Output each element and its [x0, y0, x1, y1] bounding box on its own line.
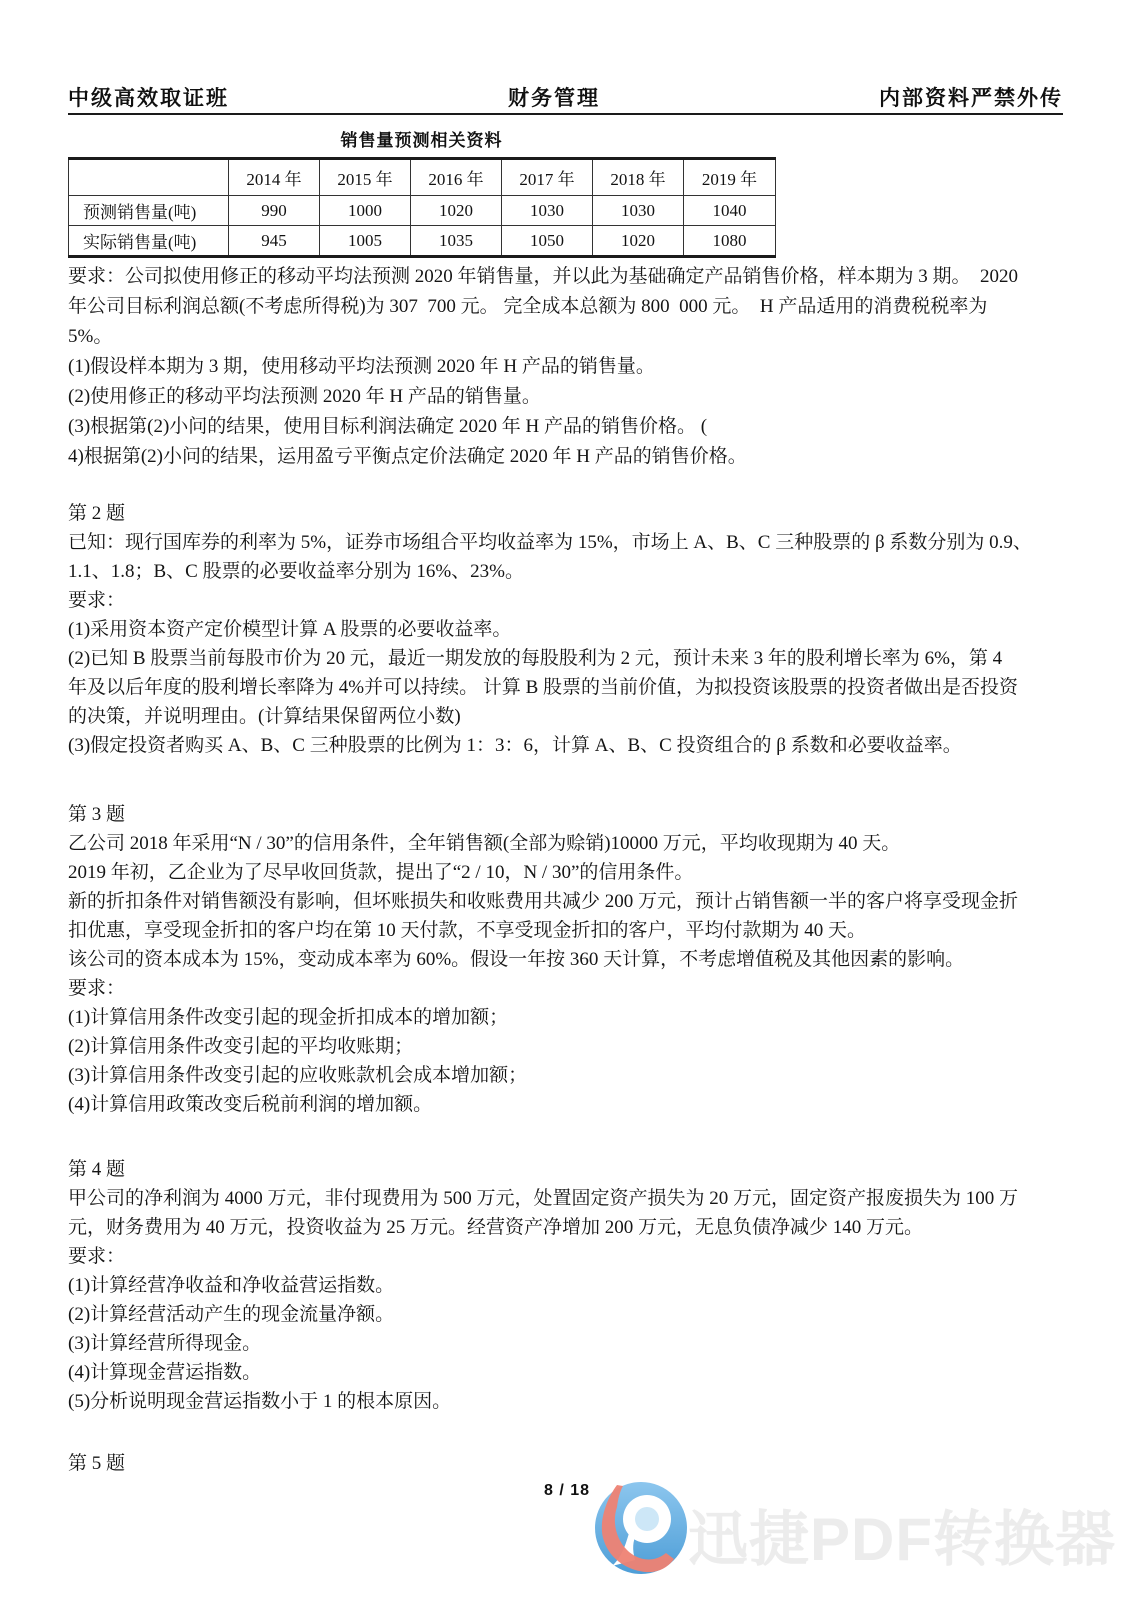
table-col-2018: 2018 年 [593, 159, 684, 196]
text-line: (2)计算信用条件改变引起的平均收账期； [68, 1032, 1068, 1061]
row-label: 实际销售量(吨) [69, 226, 229, 257]
cell-value: 945 [229, 226, 320, 257]
text-line: (1)采用资本资产定价模型计算 A 股票的必要收益率。 [68, 615, 1068, 644]
text-line: 要求： [68, 974, 1068, 1003]
cell-value: 1030 [502, 196, 593, 226]
cell-value: 1005 [320, 226, 411, 257]
text-line: (3)计算信用条件改变引起的应收账款机会成本增加额； [68, 1061, 1068, 1090]
text-line: (2)计算经营活动产生的现金流量净额。 [68, 1300, 1068, 1329]
text-line: (1)假设样本期为 3 期，使用移动平均法预测 2020 年 H 产品的销售量。 [68, 352, 1068, 382]
page-number: 8 / 18 [544, 1482, 590, 1500]
cell-value: 1020 [411, 196, 502, 226]
question-heading: 第 3 题 [68, 800, 1068, 829]
watermark-text: 迅捷PDF转换器 [688, 1492, 1116, 1578]
page-header: 中级高效取证班 财务管理 内部资料严禁外传 [68, 82, 1063, 112]
question-5: 第 5 题 [68, 1449, 1068, 1478]
text-line: 要求： [68, 586, 1068, 615]
text-line: (3)假定投资者购买 A、B、C 三种股票的比例为 1：3：6，计算 A、B、C… [68, 731, 1068, 760]
header-confidential-notice: 内部资料严禁外传 [879, 82, 1063, 112]
header-subject-title: 财务管理 [508, 82, 600, 112]
question-4: 第 4 题 甲公司的净利润为 4000 万元，非付现费用为 500 万元，处置固… [68, 1155, 1068, 1416]
cell-value: 1020 [593, 226, 684, 257]
text-line: (5)分析说明现金营运指数小于 1 的根本原因。 [68, 1387, 1068, 1416]
text-line: 扣优惠，享受现金折扣的客户均在第 10 天付款，不享受现金折扣的客户，平均付款期… [68, 916, 1068, 945]
table-corner-cell [69, 159, 229, 196]
text-line: (3)根据第(2)小问的结果，使用目标利润法确定 2020 年 H 产品的销售价… [68, 412, 1068, 442]
text-line: 5%。 [68, 322, 1068, 352]
header-divider [68, 113, 1063, 115]
cell-value: 990 [229, 196, 320, 226]
question-heading: 第 2 题 [68, 499, 1068, 528]
text-line: 已知：现行国库券的利率为 5%，证券市场组合平均收益率为 15%，市场上 A、B… [68, 528, 1068, 557]
row-label: 预测销售量(吨) [69, 196, 229, 226]
table-col-2016: 2016 年 [411, 159, 502, 196]
text-line: 年公司目标利润总额(不考虑所得税)为 307 700 元。 完全成本总额为 80… [68, 292, 1068, 322]
table-row-actual: 实际销售量(吨) 945 1005 1035 1050 1020 1080 [69, 226, 776, 257]
text-line: 该公司的资本成本为 15%，变动成本率为 60%。假设一年按 360 天计算，不… [68, 945, 1068, 974]
text-line: 要求：公司拟使用修正的移动平均法预测 2020 年销售量，并以此为基础确定产品销… [68, 262, 1068, 292]
text-line: 1.1、1.8；B、C 股票的必要收益率分别为 16%、23%。 [68, 557, 1068, 586]
table-col-2015: 2015 年 [320, 159, 411, 196]
text-line: (3)计算经营所得现金。 [68, 1329, 1068, 1358]
question-heading: 第 4 题 [68, 1155, 1068, 1184]
pdf-converter-logo-icon [594, 1481, 688, 1575]
question-2: 第 2 题 已知：现行国库券的利率为 5%，证券市场组合平均收益率为 15%，市… [68, 499, 1068, 760]
table-col-2019: 2019 年 [684, 159, 776, 196]
text-line: 年及以后年度的股利增长率降为 4%并可以持续。 计算 B 股票的当前价值，为拟投… [68, 673, 1068, 702]
text-line: 的决策，并说明理由。(计算结果保留两位小数) [68, 702, 1068, 731]
table-title: 销售量预测相关资料 [68, 126, 775, 151]
sales-forecast-table: 2014 年 2015 年 2016 年 2017 年 2018 年 2019 … [68, 157, 776, 258]
text-line: 甲公司的净利润为 4000 万元，非付现费用为 500 万元，处置固定资产损失为… [68, 1184, 1068, 1213]
text-line: 2019 年初，乙企业为了尽早收回货款，提出了“2 / 10，N / 30”的信… [68, 858, 1068, 887]
text-line: (2)使用修正的移动平均法预测 2020 年 H 产品的销售量。 [68, 382, 1068, 412]
text-line: (4)计算现金营运指数。 [68, 1358, 1068, 1387]
cell-value: 1080 [684, 226, 776, 257]
text-line: 乙公司 2018 年采用“N / 30”的信用条件，全年销售额(全部为赊销)10… [68, 829, 1068, 858]
cell-value: 1030 [593, 196, 684, 226]
table-col-2014: 2014 年 [229, 159, 320, 196]
table-col-2017: 2017 年 [502, 159, 593, 196]
cell-value: 1000 [320, 196, 411, 226]
text-line: (2)已知 B 股票当前每股市价为 20 元，最近一期发放的每股股利为 2 元，… [68, 644, 1068, 673]
logo-ring-center [635, 1507, 659, 1531]
text-line: 4)根据第(2)小问的结果，运用盈亏平衡点定价法确定 2020 年 H 产品的销… [68, 442, 1068, 472]
text-line: 新的折扣条件对销售额没有影响，但坏账损失和收账费用共减少 200 万元，预计占销… [68, 887, 1068, 916]
cell-value: 1040 [684, 196, 776, 226]
text-line: (1)计算信用条件改变引起的现金折扣成本的增加额； [68, 1003, 1068, 1032]
text-line: 元，财务费用为 40 万元，投资收益为 25 万元。经营资产净增加 200 万元… [68, 1213, 1068, 1242]
question-1: 要求：公司拟使用修正的移动平均法预测 2020 年销售量，并以此为基础确定产品销… [68, 262, 1068, 472]
question-heading: 第 5 题 [68, 1449, 1068, 1478]
text-line: (4)计算信用政策改变后税前利润的增加额。 [68, 1090, 1068, 1119]
header-course-name: 中级高效取证班 [68, 82, 229, 112]
question-3: 第 3 题 乙公司 2018 年采用“N / 30”的信用条件，全年销售额(全部… [68, 800, 1068, 1119]
cell-value: 1050 [502, 226, 593, 257]
table-row-forecast: 预测销售量(吨) 990 1000 1020 1030 1030 1040 [69, 196, 776, 226]
document-page: 中级高效取证班 财务管理 内部资料严禁外传 销售量预测相关资料 2014 年 2… [0, 0, 1131, 1600]
text-line: 要求： [68, 1242, 1068, 1271]
table-header-row: 2014 年 2015 年 2016 年 2017 年 2018 年 2019 … [69, 159, 776, 196]
cell-value: 1035 [411, 226, 502, 257]
text-line: (1)计算经营净收益和净收益营运指数。 [68, 1271, 1068, 1300]
